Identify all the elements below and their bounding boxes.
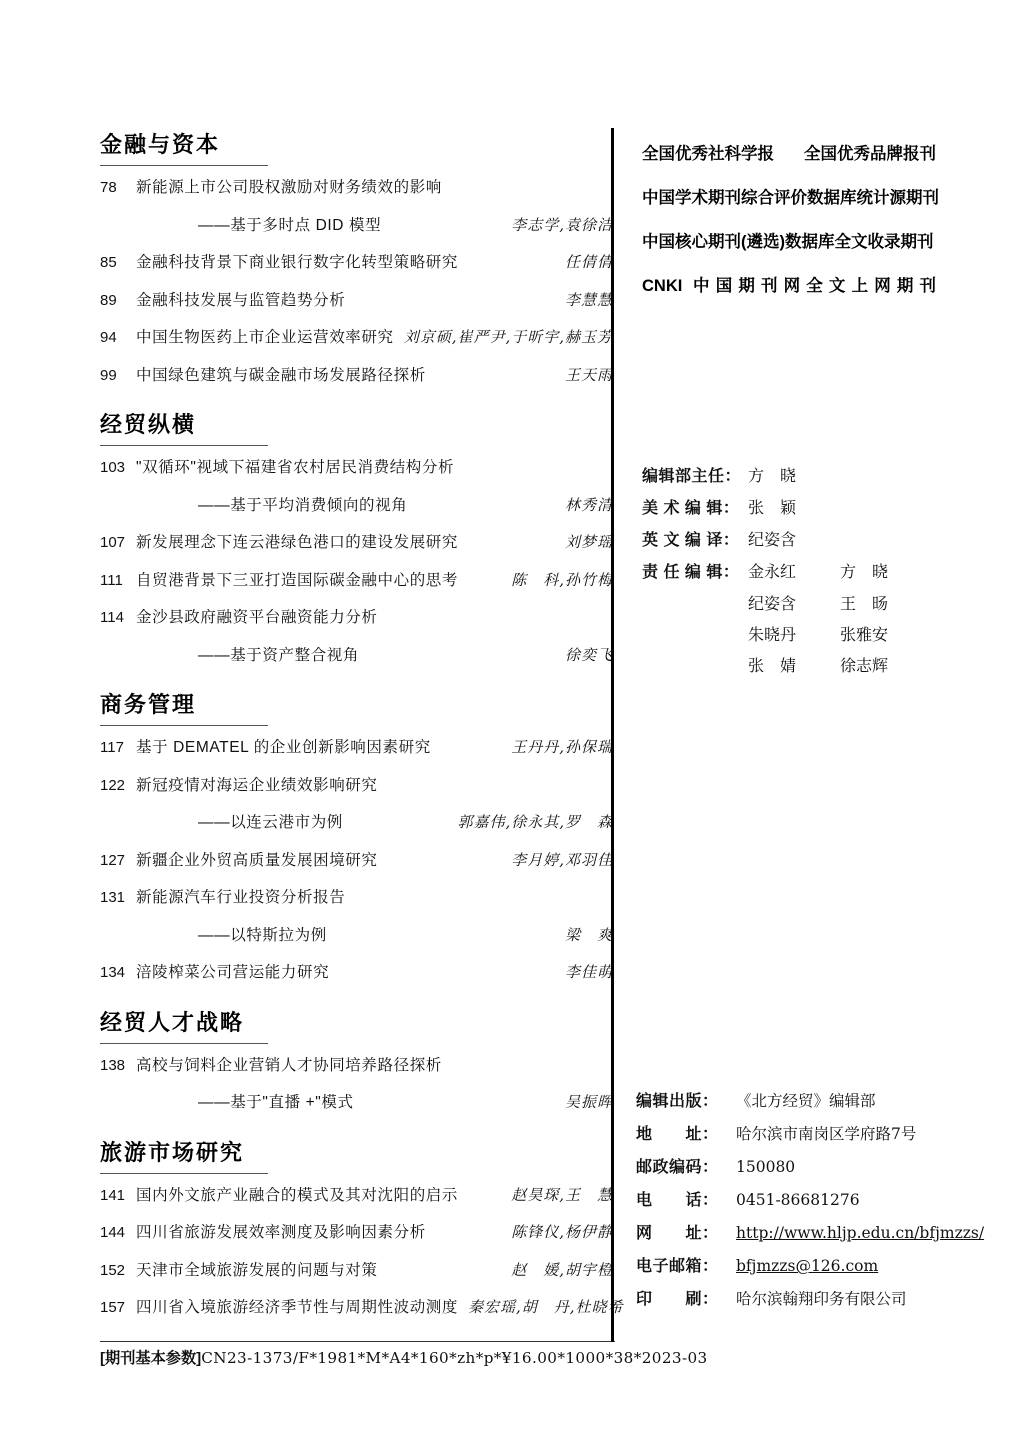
entry-page-number: 152 (100, 1262, 136, 1279)
editor-name: 张 婧 (748, 650, 840, 681)
editor-name: 徐志辉 (840, 650, 888, 681)
entry-title: "双循环"视域下福建省农村居民消费结构分析 (136, 455, 454, 477)
publishing-row: 邮政编码：150080 (636, 1151, 936, 1184)
entry-authors: 赵昊琛,王 慧 (501, 1184, 613, 1205)
editorial-row: 美 术 编 辑：张 颖 (642, 492, 936, 524)
toc-section: 旅游市场研究141国内外文旅产业融合的模式及其对沈阳的启示赵昊琛,王 慧144四… (100, 1140, 613, 1333)
publishing-info-block: 编辑出版：《北方经贸》编辑部地 址：哈尔滨市南岗区学府路7号邮政编码：15008… (636, 1085, 936, 1316)
entry-title: 中国绿色建筑与碳金融市场发展路径探析 (136, 363, 426, 385)
publishing-row: 地 址：哈尔滨市南岗区学府路7号 (636, 1118, 936, 1151)
entry-title: 基于 DEMATEL 的企业创新影响因素研究 (136, 735, 431, 757)
entry-page-number: 103 (100, 459, 136, 476)
entry-authors: 李志学,袁徐洁 (501, 214, 613, 235)
toc: 金融与资本78新能源上市公司股权激励对财务绩效的影响——基于多时点 DID 模型… (100, 132, 613, 1368)
entry-page-number: 157 (100, 1299, 136, 1316)
editorial-role-label: 英 文 编 译： (642, 525, 748, 556)
publishing-link[interactable]: bfjmzzs@126.com (736, 1250, 878, 1282)
entry-authors: 赵 媛,胡宇橙 (501, 1259, 613, 1280)
publishing-link[interactable]: http://www.hljp.edu.cn/bfjmzzs/ (736, 1217, 984, 1249)
entry-subtitle: ——基于多时点 DID 模型 (136, 213, 381, 235)
entry-authors: 刘梦瑶 (555, 531, 613, 552)
accolade-line: 中国学术期刊综合评价数据库统计源期刊 (642, 176, 936, 220)
publishing-row: 电子邮箱：bfjmzzs@126.com (636, 1250, 936, 1283)
toc-entry: 122新冠疫情对海运企业绩效影响研究 (100, 773, 613, 811)
section-underline (100, 1043, 268, 1044)
publishing-value: 哈尔滨市南岗区学府路7号 (736, 1118, 916, 1150)
toc-entry: 78新能源上市公司股权激励对财务绩效的影响 (100, 175, 613, 213)
section-underline (100, 1173, 268, 1174)
entry-page-number: 111 (100, 572, 136, 589)
toc-section: 经贸纵横103"双循环"视域下福建省农村居民消费结构分析——基于平均消费倾向的视… (100, 412, 613, 680)
entry-title: 金融科技背景下商业银行数字化转型策略研究 (136, 250, 458, 272)
editor-name: 张 颖 (748, 492, 840, 523)
toc-entry: ——基于资产整合视角徐奕飞 (100, 643, 613, 681)
publishing-field-label: 邮政编码： (636, 1152, 736, 1184)
column-divider-rule (611, 128, 614, 1342)
accolade-text: 全国优秀社科学报 (642, 132, 774, 176)
accolade-line: 全国优秀社科学报全国优秀品牌报刊 (642, 132, 936, 176)
toc-entry: ——以特斯拉为例梁 爽 (100, 923, 613, 961)
section-title: 经贸人才战略 (100, 1010, 613, 1036)
section-title: 商务管理 (100, 692, 613, 718)
parameters-value: CN23-1373/F*1981*M*A4*160*zh*p*¥16.00*10… (201, 1349, 707, 1367)
entry-page-number: 141 (100, 1187, 136, 1204)
toc-section: 商务管理117基于 DEMATEL 的企业创新影响因素研究王丹丹,孙保瑞122新… (100, 692, 613, 998)
entry-subtitle: ——以特斯拉为例 (136, 923, 327, 945)
publishing-value: 哈尔滨翰翔印务有限公司 (736, 1283, 907, 1315)
toc-entry: 157四川省入境旅游经济季节性与周期性波动测度秦宏瑶,胡 丹,杜晓希 (100, 1295, 613, 1333)
journal-accolades: 全国优秀社科学报全国优秀品牌报刊中国学术期刊综合评价数据库统计源期刊中国核心期刊… (642, 132, 936, 308)
entry-title: 新能源汽车行业投资分析报告 (136, 885, 345, 907)
entry-authors: 任倩倩 (555, 251, 613, 272)
editorial-row: 张 婧徐志辉 (642, 650, 936, 681)
editor-name: 王 旸 (840, 588, 888, 619)
section-underline (100, 165, 268, 166)
entry-page-number: 127 (100, 852, 136, 869)
toc-entry: ——基于平均消费倾向的视角林秀清 (100, 493, 613, 531)
section-underline (100, 445, 268, 446)
entry-page-number: 94 (100, 329, 136, 346)
publishing-field-label: 电 话： (636, 1185, 736, 1217)
entry-page-number: 85 (100, 254, 136, 271)
editorial-role-label: 美 术 编 辑： (642, 493, 748, 524)
entry-page-number: 144 (100, 1224, 136, 1241)
entry-title: 自贸港背景下三亚打造国际碳金融中心的思考 (136, 568, 458, 590)
entry-title: 高校与饲料企业营销人才协同培养路径探析 (136, 1053, 442, 1075)
entry-authors: 李慧慧 (555, 289, 613, 310)
publishing-row: 电 话：0451-86681276 (636, 1184, 936, 1217)
editorial-row: 责 任 编 辑：金永红方 晓 (642, 556, 936, 588)
section-title: 金融与资本 (100, 132, 613, 158)
publishing-field-label: 印 刷： (636, 1284, 736, 1316)
toc-entry: 141国内外文旅产业融合的模式及其对沈阳的启示赵昊琛,王 慧 (100, 1183, 613, 1221)
entry-authors: 林秀清 (555, 494, 613, 515)
toc-entry: 99中国绿色建筑与碳金融市场发展路径探析王天雨 (100, 363, 613, 401)
entry-authors: 郭嘉伟,徐永其,罗 森 (447, 811, 613, 832)
entry-authors: 吴振晖 (555, 1091, 613, 1112)
entry-subtitle: ——基于平均消费倾向的视角 (136, 493, 407, 515)
entry-authors: 王天雨 (555, 364, 613, 385)
entry-title: 新发展理念下连云港绿色港口的建设发展研究 (136, 530, 458, 552)
entry-authors: 刘京硕,崔严尹,于昕宇,赫玉芳 (394, 326, 613, 347)
journal-parameters-line: [期刊基本参数]CN23-1373/F*1981*M*A4*160*zh*p*¥… (100, 1341, 615, 1368)
toc-section: 金融与资本78新能源上市公司股权激励对财务绩效的影响——基于多时点 DID 模型… (100, 132, 613, 400)
editor-name: 朱晓丹 (748, 619, 840, 650)
toc-entry: 111自贸港背景下三亚打造国际碳金融中心的思考陈 科,孙竹梅 (100, 568, 613, 606)
toc-entry: 103"双循环"视域下福建省农村居民消费结构分析 (100, 455, 613, 493)
entry-title: 新能源上市公司股权激励对财务绩效的影响 (136, 175, 442, 197)
journal-toc-page: 金融与资本78新能源上市公司股权激励对财务绩效的影响——基于多时点 DID 模型… (0, 0, 1024, 1448)
toc-entry: 144四川省旅游发展效率测度及影响因素分析陈锋仪,杨伊静 (100, 1220, 613, 1258)
entry-authors: 秦宏瑶,胡 丹,杜晓希 (458, 1296, 624, 1317)
entry-title: 四川省入境旅游经济季节性与周期性波动测度 (136, 1295, 458, 1317)
parameters-label: [期刊基本参数] (100, 1350, 201, 1367)
entry-page-number: 134 (100, 964, 136, 981)
entry-subtitle: ——以连云港市为例 (136, 810, 343, 832)
entry-title: 新冠疫情对海运企业绩效影响研究 (136, 773, 378, 795)
publishing-value: 《北方经贸》编辑部 (736, 1085, 876, 1117)
toc-entry: ——基于"直播 +"模式吴振晖 (100, 1090, 613, 1128)
accolade-line: 中国核心期刊(遴选)数据库全文收录期刊 (642, 220, 936, 264)
entry-title: 金沙县政府融资平台融资能力分析 (136, 605, 378, 627)
editorial-row: 编辑部主任：方 晓 (642, 460, 936, 492)
publishing-field-label: 电子邮箱： (636, 1251, 736, 1283)
toc-entry: 117基于 DEMATEL 的企业创新影响因素研究王丹丹,孙保瑞 (100, 735, 613, 773)
editorial-row: 英 文 编 译：纪姿含 (642, 524, 936, 556)
publishing-row: 印 刷：哈尔滨翰翔印务有限公司 (636, 1283, 936, 1316)
entry-page-number: 78 (100, 179, 136, 196)
entry-page-number: 107 (100, 534, 136, 551)
entry-authors: 徐奕飞 (555, 644, 613, 665)
entry-authors: 李佳萌 (555, 961, 613, 982)
editorial-row: 纪姿含王 旸 (642, 588, 936, 619)
publishing-value: 150080 (736, 1151, 795, 1183)
editorial-role-label: 责 任 编 辑： (642, 557, 748, 588)
entry-title: 新疆企业外贸高质量发展困境研究 (136, 848, 378, 870)
entry-authors: 陈 科,孙竹梅 (501, 569, 613, 590)
toc-entry: 94中国生物医药上市企业运营效率研究刘京硕,崔严尹,于昕宇,赫玉芳 (100, 325, 613, 363)
editor-name: 张雅安 (840, 619, 888, 650)
entry-authors: 李月婷,邓羽佳 (501, 849, 613, 870)
editorial-staff-block: 编辑部主任：方 晓美 术 编 辑：张 颖英 文 编 译：纪姿含责 任 编 辑：金… (642, 460, 936, 681)
editor-name: 金永红 (748, 556, 840, 587)
toc-entry: 127新疆企业外贸高质量发展困境研究李月婷,邓羽佳 (100, 848, 613, 886)
entry-page-number: 114 (100, 609, 136, 626)
entry-authors: 陈锋仪,杨伊静 (501, 1221, 613, 1242)
toc-entry: 138高校与饲料企业营销人才协同培养路径探析 (100, 1053, 613, 1091)
toc-entry: ——以连云港市为例郭嘉伟,徐永其,罗 森 (100, 810, 613, 848)
entry-title: 国内外文旅产业融合的模式及其对沈阳的启示 (136, 1183, 458, 1205)
section-title: 经贸纵横 (100, 412, 613, 438)
entry-page-number: 99 (100, 367, 136, 384)
entry-page-number: 131 (100, 889, 136, 906)
entry-page-number: 117 (100, 739, 136, 756)
publishing-field-label: 网 址： (636, 1218, 736, 1250)
publishing-field-label: 地 址： (636, 1119, 736, 1151)
entry-page-number: 89 (100, 292, 136, 309)
entry-page-number: 122 (100, 777, 136, 794)
publishing-row: 网 址：http://www.hljp.edu.cn/bfjmzzs/ (636, 1217, 936, 1250)
entry-title: 四川省旅游发展效率测度及影响因素分析 (136, 1220, 426, 1242)
entry-subtitle: ——基于资产整合视角 (136, 643, 359, 665)
editor-name: 方 晓 (748, 460, 840, 491)
entry-title: 天津市全域旅游发展的问题与对策 (136, 1258, 378, 1280)
editor-name: 纪姿含 (748, 588, 840, 619)
toc-entry: 89金融科技发展与监管趋势分析李慧慧 (100, 288, 613, 326)
toc-entry: 134涪陵榨菜公司营运能力研究李佳萌 (100, 960, 613, 998)
entry-authors: 王丹丹,孙保瑞 (501, 736, 613, 757)
toc-entry: ——基于多时点 DID 模型李志学,袁徐洁 (100, 213, 613, 251)
editorial-role-label: 编辑部主任： (642, 461, 748, 492)
publishing-value: 0451-86681276 (736, 1184, 860, 1216)
entry-authors: 梁 爽 (555, 924, 613, 945)
section-title: 旅游市场研究 (100, 1140, 613, 1166)
editor-name: 方 晓 (840, 556, 888, 587)
editorial-row: 朱晓丹张雅安 (642, 619, 936, 650)
accolade-text: 全国优秀品牌报刊 (804, 132, 936, 176)
entry-subtitle: ——基于"直播 +"模式 (136, 1090, 354, 1112)
editor-name: 纪姿含 (748, 524, 840, 555)
toc-entry: 85金融科技背景下商业银行数字化转型策略研究任倩倩 (100, 250, 613, 288)
toc-entry: 131新能源汽车行业投资分析报告 (100, 885, 613, 923)
entry-title: 金融科技发展与监管趋势分析 (136, 288, 345, 310)
entry-title: 涪陵榨菜公司营运能力研究 (136, 960, 329, 982)
toc-entry: 152天津市全域旅游发展的问题与对策赵 媛,胡宇橙 (100, 1258, 613, 1296)
publishing-row: 编辑出版：《北方经贸》编辑部 (636, 1085, 936, 1118)
toc-entry: 114金沙县政府融资平台融资能力分析 (100, 605, 613, 643)
section-underline (100, 725, 268, 726)
accolade-line: CNKI 中国期刊网全文上网期刊 (642, 264, 936, 308)
toc-section: 经贸人才战略138高校与饲料企业营销人才协同培养路径探析——基于"直播 +"模式… (100, 1010, 613, 1128)
entry-page-number: 138 (100, 1057, 136, 1074)
publishing-field-label: 编辑出版： (636, 1086, 736, 1118)
entry-title: 中国生物医药上市企业运营效率研究 (136, 325, 394, 347)
toc-entry: 107新发展理念下连云港绿色港口的建设发展研究刘梦瑶 (100, 530, 613, 568)
